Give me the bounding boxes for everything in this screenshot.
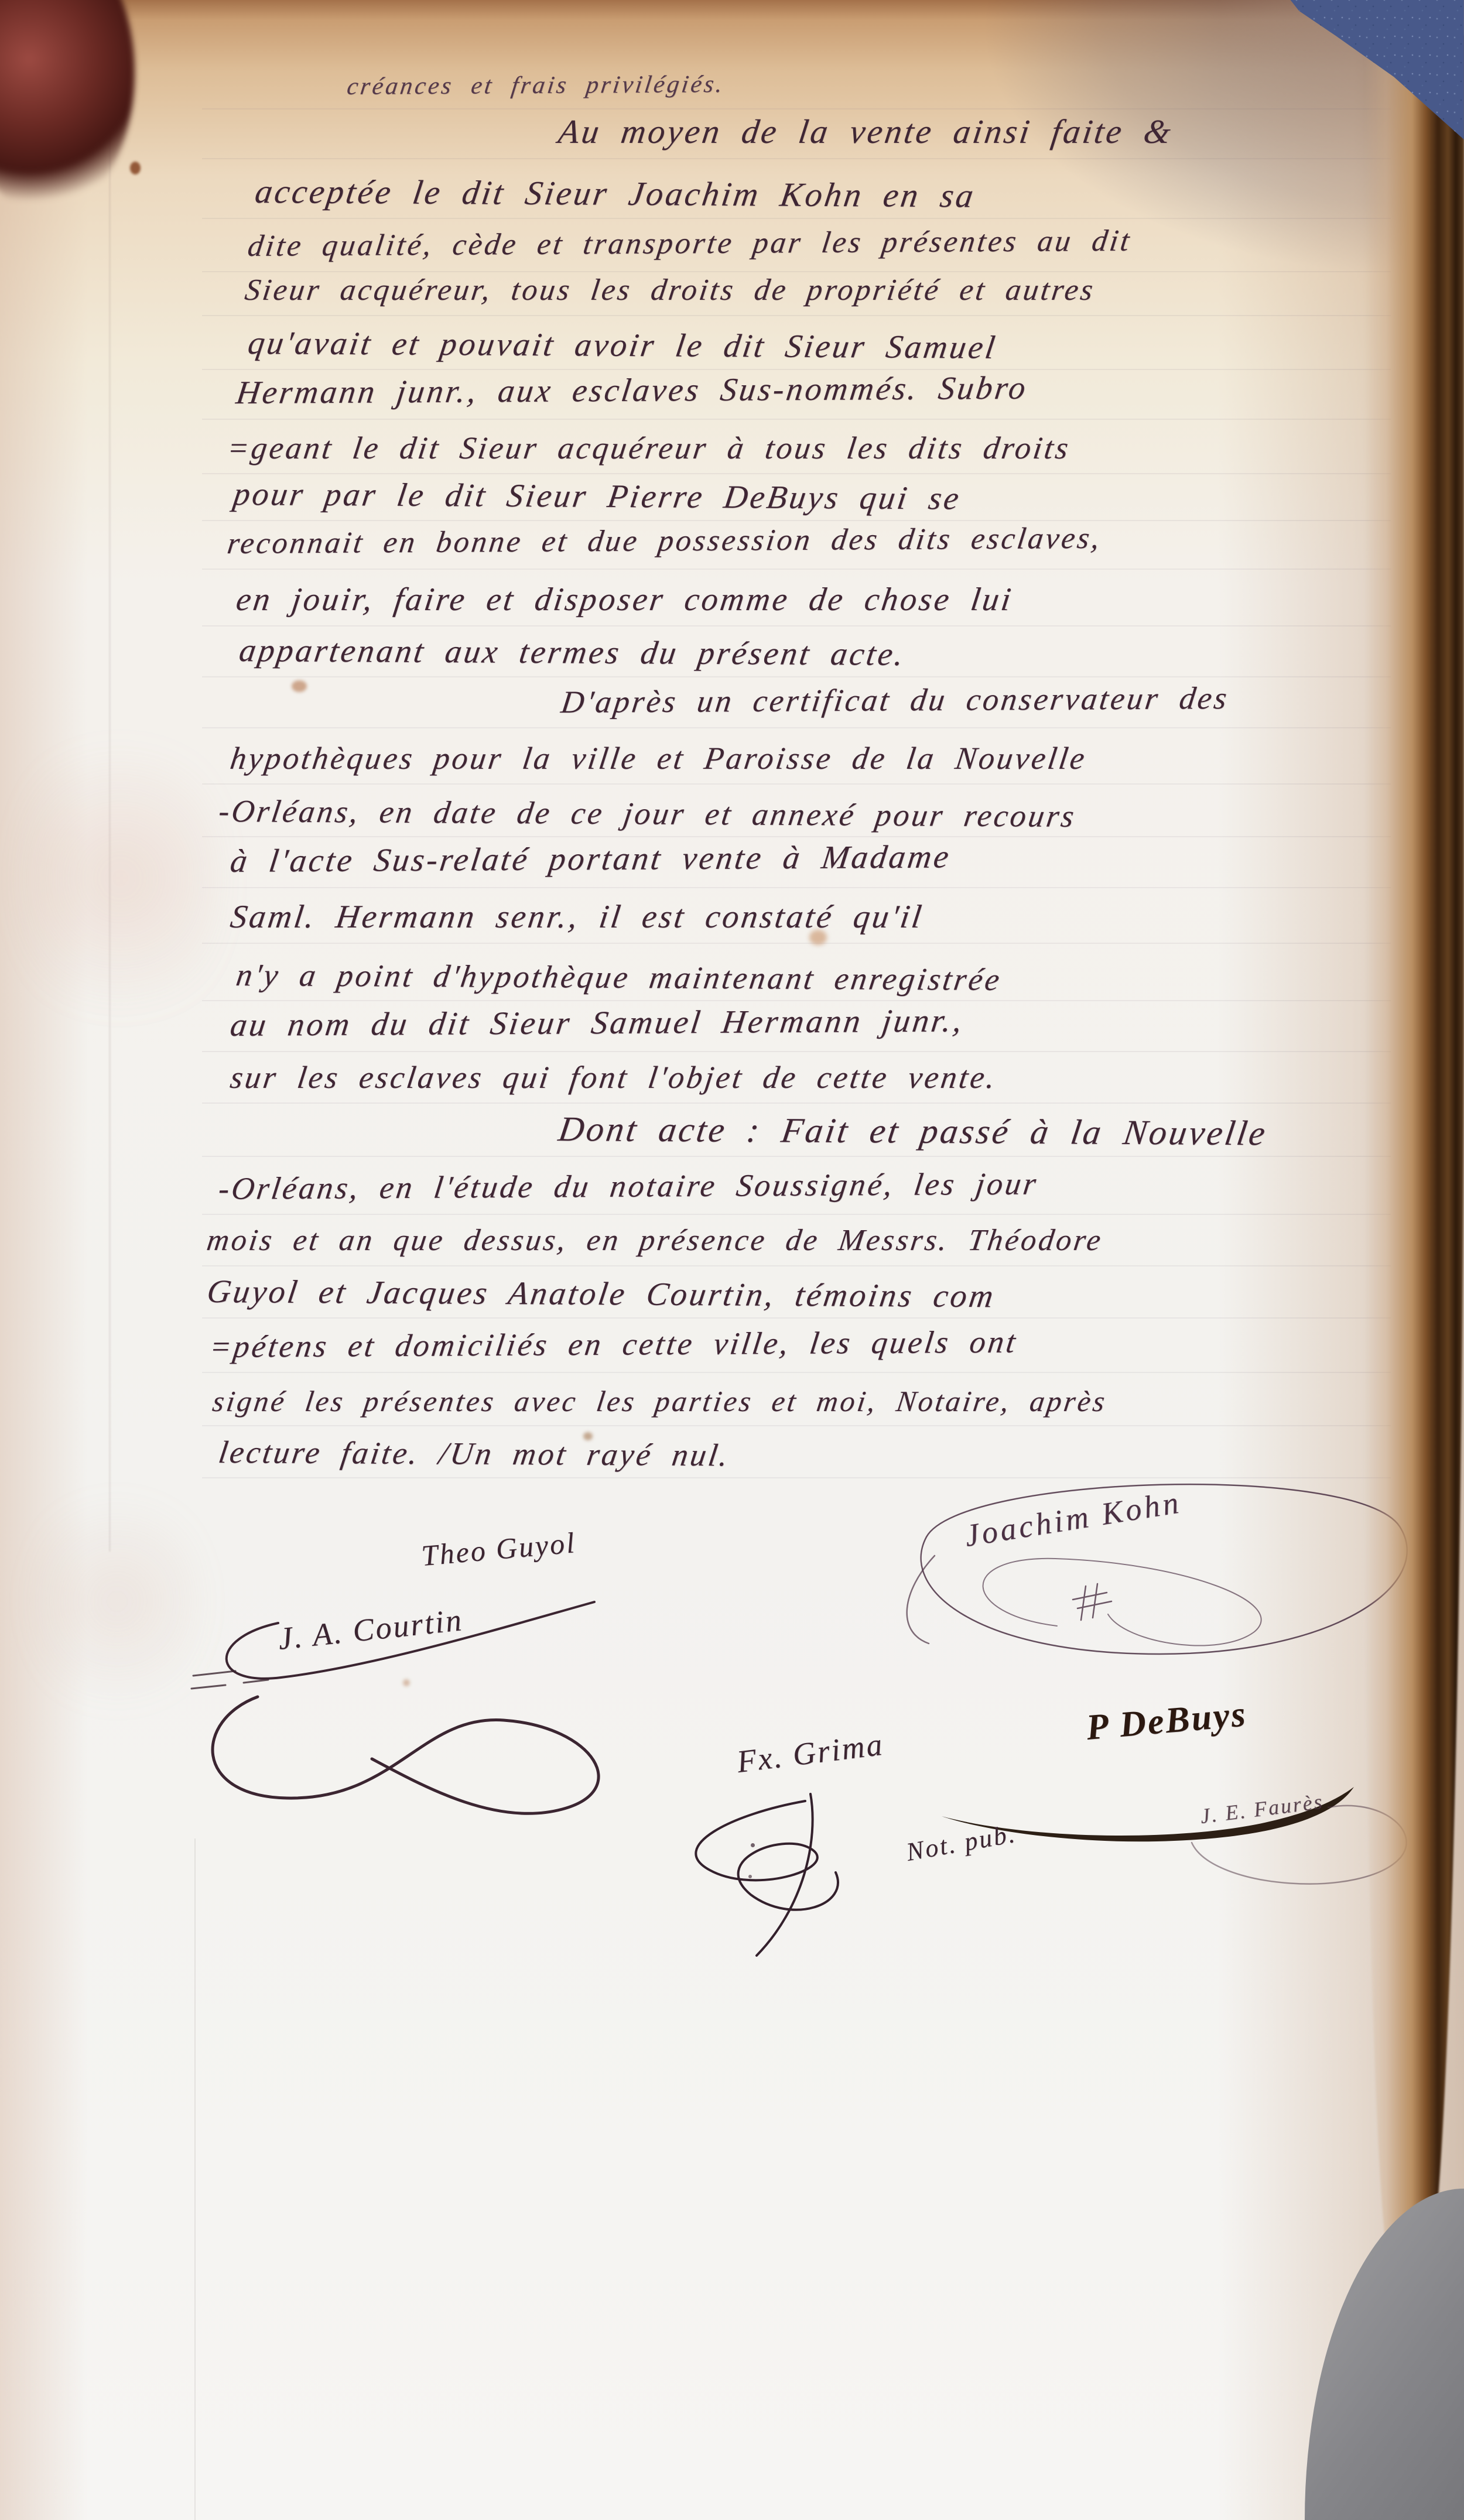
ruled-line	[202, 1000, 1391, 1001]
ruled-line	[202, 1214, 1391, 1215]
stain-mark	[130, 162, 141, 174]
ruled-line	[202, 419, 1391, 420]
manuscript-line: au nom du dit Sieur Samuel Hermann junr.…	[228, 1004, 966, 1042]
signature-grima: Fx. Grima	[735, 1728, 885, 1778]
dark-corner-object	[0, 0, 135, 214]
ruled-line	[202, 1317, 1391, 1319]
ink-stains	[0, 0, 1464, 2520]
bottom-crease	[194, 1838, 196, 2520]
manuscript-line: =geant le dit Sieur acquéreur à tous les…	[225, 432, 1072, 464]
manuscript-line: Hermann junr., aux esclaves Sus-nommés. …	[234, 372, 1029, 409]
ruled-line	[202, 271, 1391, 272]
manuscript-line: lecture faite. /Un mot rayé nul.	[217, 1436, 733, 1471]
top-right-shadow	[0, 0, 1464, 2520]
ruled-line	[202, 218, 1391, 219]
margin-crease	[109, 53, 111, 1552]
ruled-line	[202, 1265, 1391, 1266]
book-page-edges	[1364, 35, 1464, 2283]
manuscript-line: mois et an que dessus, en présence de Me…	[205, 1225, 1105, 1256]
ruled-line	[202, 473, 1391, 474]
ruled-line	[202, 1102, 1391, 1104]
foxing-stain	[35, 1475, 199, 1727]
manuscript-line: pour par le dit Sieur Pierre DeBuys qui …	[231, 478, 963, 515]
ruled-line	[202, 676, 1391, 677]
ruled-line	[202, 1425, 1391, 1426]
ruled-line	[202, 315, 1391, 316]
manuscript-text: créances et frais privilégiés.Au moyen d…	[0, 0, 1464, 2520]
ruled-line	[202, 1051, 1391, 1052]
manuscript-line: reconnait en bonne et due possession des…	[225, 523, 1104, 559]
ruled-line	[202, 108, 1391, 109]
ruled-line	[202, 569, 1391, 570]
manuscript-line: appartenant aux termes du présent acte.	[237, 634, 908, 671]
stain-mark	[583, 1432, 593, 1440]
manuscript-line: dite qualité, cède et transporte par les…	[246, 226, 1133, 262]
ruled-line	[202, 836, 1391, 837]
manuscript-line: acceptée le dit Sieur Joachim Kohn en sa	[253, 174, 978, 213]
ruled-line	[202, 887, 1391, 888]
manuscript-line: qu'avait et pouvait avoir le dit Sieur S…	[246, 327, 999, 364]
ruled-line	[202, 625, 1391, 626]
manuscript-line: Dont acte : Fait et passé à la Nouvelle	[556, 1111, 1270, 1151]
manuscript-line: n'y a point d'hypothèque maintenant enre…	[234, 959, 1004, 995]
manuscript-line: -Orléans, en date de ce jour et annexé p…	[217, 795, 1078, 832]
paper-background	[0, 0, 1464, 2520]
ruled-line	[202, 1156, 1391, 1157]
manuscript-line: hypothèques pour la ville et Paroisse de…	[228, 742, 1089, 774]
grima-flourish	[656, 1789, 937, 1965]
scanned-page: créances et frais privilégiés.Au moyen d…	[0, 0, 1464, 2520]
manuscript-line: Saml. Hermann senr., il est constaté qu'…	[228, 901, 926, 933]
manuscript-line: signé les présentes avec les parties et …	[211, 1386, 1109, 1416]
ruled-line	[202, 783, 1391, 785]
manuscript-line: Guyol et Jacques Anatole Courtin, témoin…	[205, 1275, 998, 1313]
ruled-line	[202, 369, 1391, 370]
stain-mark	[809, 930, 827, 945]
manuscript-line: Au moyen de la vente ainsi faite &	[556, 115, 1175, 149]
ruled-lines	[0, 0, 1464, 2520]
ruled-line	[202, 1372, 1391, 1373]
manuscript-line: Sieur acquéreur, tous les droits de prop…	[243, 275, 1097, 306]
blue-cloth	[1258, 0, 1464, 152]
page-curl-shading	[1218, 0, 1464, 2520]
ruled-line	[202, 520, 1391, 521]
ruled-line	[202, 727, 1391, 728]
manuscript-line: en jouir, faire et disposer comme de cho…	[234, 583, 1015, 616]
stain-mark	[292, 680, 307, 692]
manuscript-line: D'après un certificat du conservateur de…	[559, 682, 1231, 718]
manuscript-line: à l'acte Sus-relaté portant vente à Mada…	[228, 840, 953, 878]
ruled-line	[202, 943, 1391, 944]
manuscript-line: -Orléans, en l'étude du notaire Soussign…	[217, 1167, 1040, 1204]
signature-guyol: Theo Guyol	[420, 1528, 577, 1570]
left-edge-tint	[0, 0, 88, 2520]
manuscript-line: créances et frais privilégiés.	[346, 72, 726, 99]
table-corner	[1305, 2189, 1464, 2520]
foxing-stain	[23, 714, 217, 1042]
ruled-line	[202, 158, 1391, 159]
manuscript-line: =pétens et domiciliés en cette ville, le…	[208, 1326, 1020, 1362]
manuscript-line: sur les esclaves qui font l'objet de cet…	[228, 1062, 999, 1093]
